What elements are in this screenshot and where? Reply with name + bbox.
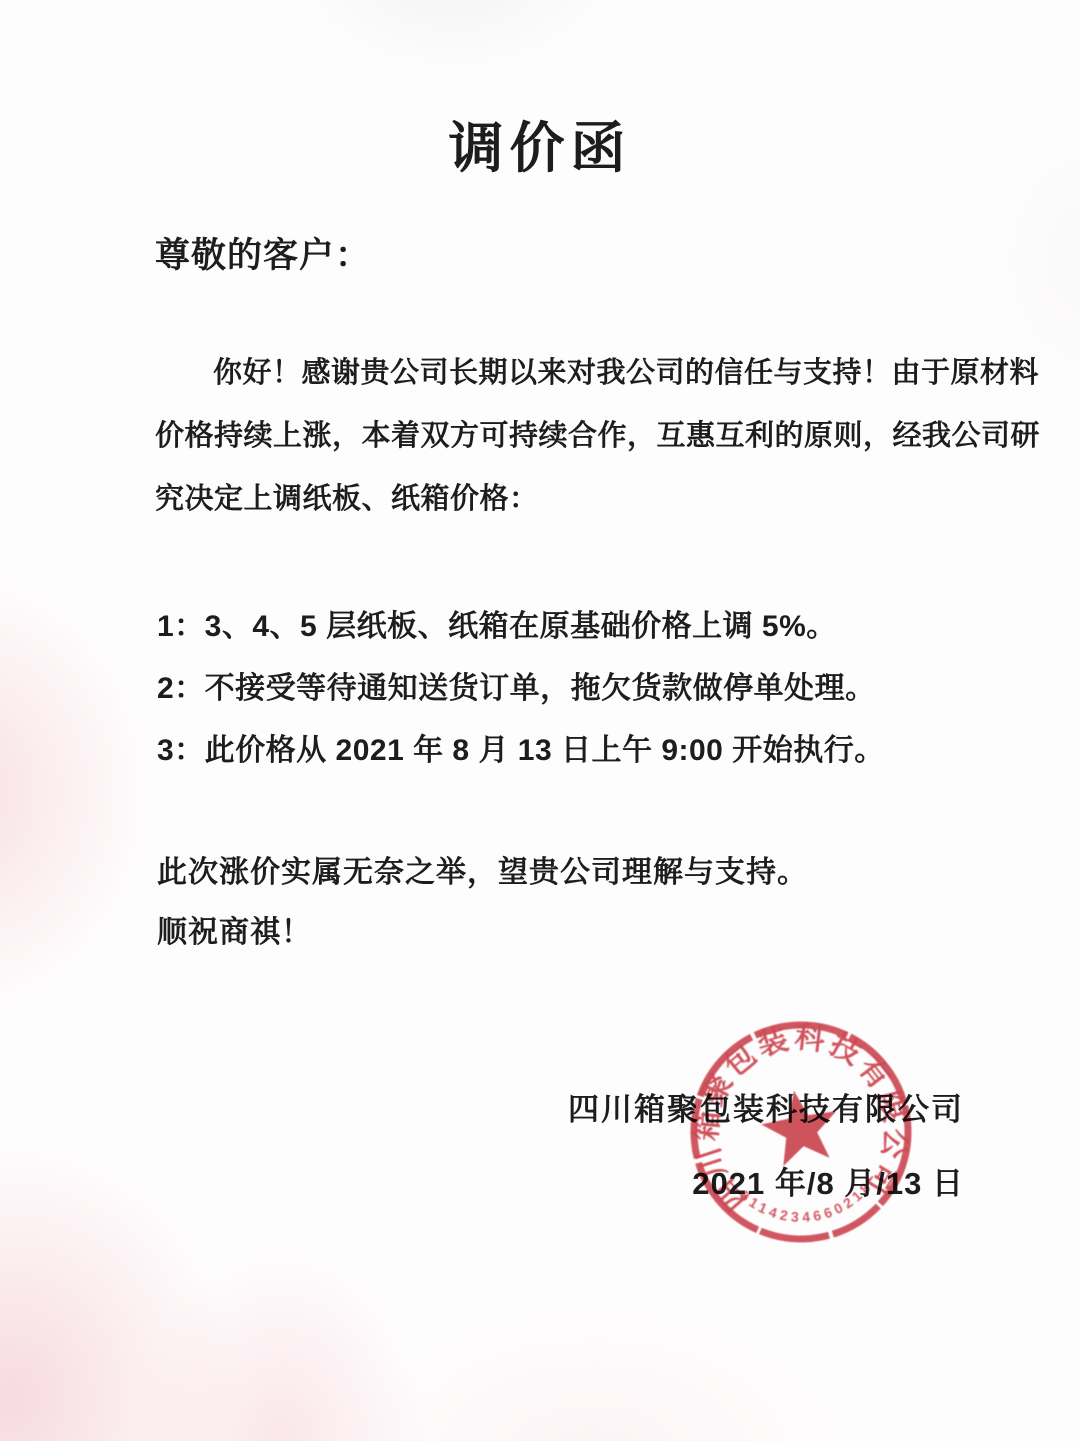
regards-line: 顺祝商祺！ (157, 903, 917, 963)
salutation: 尊敬的客户： (155, 228, 371, 278)
term-item-3: 3：此价格从 2021 年 8 月 13 日上午 9:00 开始执行。 (157, 720, 997, 782)
signature-date: 2021 年/8 月/13 日 (568, 1158, 964, 1203)
body-paragraph: 你好！感谢贵公司长期以来对我公司的信任与支持！由于原材料 价格持续上涨，本着双方… (155, 342, 995, 531)
terms-list: 1：3、4、5 层纸板、纸箱在原基础价格上调 5%。 2：不接受等待通知送货订单… (157, 596, 997, 782)
letter-page: 调价函 尊敬的客户： 你好！感谢贵公司长期以来对我公司的信任与支持！由于原材料 … (0, 0, 1080, 1441)
body-line: 你好！感谢贵公司长期以来对我公司的信任与支持！由于原材料 (155, 342, 995, 405)
closing-line: 此次涨价实属无奈之举，望贵公司理解与支持。 (157, 843, 917, 903)
closing-block: 此次涨价实属无奈之举，望贵公司理解与支持。 顺祝商祺！ (157, 843, 917, 963)
term-item-1: 1：3、4、5 层纸板、纸箱在原基础价格上调 5%。 (157, 596, 997, 658)
company-name: 四川箱聚包装科技有限公司 (568, 1084, 964, 1129)
body-line: 究决定上调纸板、纸箱价格： (155, 468, 995, 531)
body-line: 价格持续上涨，本着双方可持续合作，互惠互利的原则，经我公司研 (155, 405, 995, 468)
letter-title: 调价函 (0, 104, 1080, 183)
signature-block: 四川箱聚包装科技有限公司 2021 年/8 月/13 日 (568, 1084, 964, 1203)
term-item-2: 2：不接受等待通知送货订单，拖欠货款做停单处理。 (157, 658, 997, 720)
